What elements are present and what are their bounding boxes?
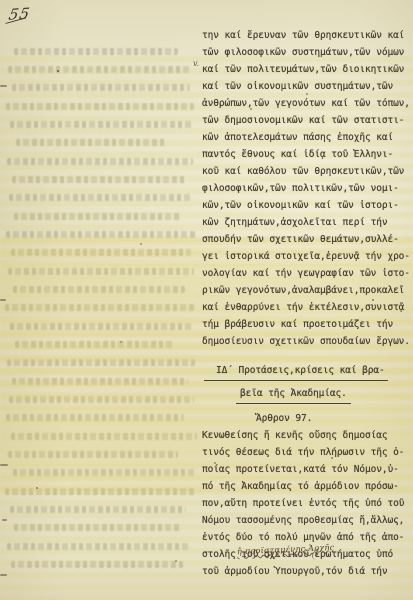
typed-line: καί τῶν οἰκονομικῶν συστημάτων,τῶν <box>202 78 413 95</box>
margin-dash <box>0 299 6 301</box>
margin-dash <box>0 85 7 87</box>
bleed-line <box>5 304 197 311</box>
bleed-line <box>9 194 193 201</box>
bleed-line <box>11 433 197 440</box>
typed-line: Κενωθείσης ἤ κενῆς οὔσης δημοσίας <box>202 427 413 444</box>
section-heading-line: ΙΔ΄ Προτάσεις,κρίσεις καί βρα- <box>204 361 388 381</box>
bleed-line <box>8 268 194 275</box>
typed-line: τοῦ ἁρμοδίου Ὑπουργοῦ,τόν διά τήν <box>202 563 413 580</box>
typed-line: πό τῆς Ἀκαδημίας τό ἁρμόδιον πρόσω- <box>202 478 413 495</box>
typed-line: κῶν ζητημάτων,ἀσχολεῖται περί τήν <box>202 214 413 231</box>
typed-line: γει ἱστορικά στοιχεῖα,ἐρευνᾷ τήν χρο- <box>202 248 413 265</box>
bleed-line <box>8 451 178 458</box>
bleed-line <box>10 121 193 128</box>
paragraph-2: Κενωθείσης ἤ κενῆς οὔσης δημοσίας τινός … <box>202 427 413 580</box>
bleed-line <box>12 176 187 183</box>
bleed-line <box>10 506 186 513</box>
typed-line: πον,αὕτη προτείνει ἐντός τῆς ὑπό τοῦ <box>202 495 413 512</box>
typed-line: φιλοσοφικῶν,τῶν πολιτικῶν,τῶν νομι- <box>202 180 413 197</box>
typed-line: ρικῶν γεγονότων,ἀναλαμβάνει,προκαλεῖ <box>202 282 413 299</box>
bleed-line <box>6 231 196 238</box>
bleed-line <box>7 543 191 550</box>
bleed-line <box>8 66 190 73</box>
margin-dash <box>0 574 7 576</box>
bleed-line <box>12 84 190 91</box>
bleed-line <box>12 378 188 385</box>
bleed-line <box>15 341 175 348</box>
typed-line: Νόμου τασσομένης προθεσμίας ἤ,ἄλλως, <box>202 512 413 529</box>
bleed-line <box>9 396 194 403</box>
handwritten-page-number: 55 <box>7 4 32 23</box>
typed-line: ποίας προτείνεται,κατά τόν Νόμον,ὑ- <box>202 461 413 478</box>
margin-dash <box>2 519 7 521</box>
scanned-document-page: 55 v. την καί ἔρευναν τῶν θρησκευτικῶν κ… <box>0 0 413 600</box>
typed-line: τήμ βράβευσιν καί προετοιμάζει τήν <box>202 316 413 333</box>
paper-specks <box>57 70 59 72</box>
bleed-line <box>13 286 185 293</box>
bleed-line <box>11 249 191 256</box>
typed-line: παντός ἔθνους καί ἰδίᾳ τοῦ Ἑλληνι- <box>202 146 413 163</box>
typed-line: τινός θέσεως διά τήν πλήρωσιν τῆς ὁ- <box>202 444 413 461</box>
typed-line: νολογίαν καί τήν γεωγραφίαν τῶν ἱστο- <box>202 265 413 282</box>
bleed-line <box>14 524 180 531</box>
typed-line: την καί ἔρευναν τῶν θρησκευτικῶν καί <box>202 27 413 44</box>
bleed-line <box>11 561 183 568</box>
bleed-line <box>7 158 193 165</box>
typed-line: καί ἐνθαρρύνει τήν ἐκτέλεσιν,συνιστᾷ <box>202 299 413 316</box>
bleed-line <box>14 213 182 220</box>
article-heading: Ἄρθρον 97. <box>256 410 413 427</box>
bleed-through-text <box>0 0 230 600</box>
bleed-line <box>13 469 195 476</box>
typed-line: δημοσίευσιν σχετικῶν σπουδαίων ἔργων. <box>202 333 413 350</box>
margin-dash <box>0 464 8 466</box>
typed-line: ἀνθρώπων,τῶν γεγονότων καί τῶν τόπων, <box>202 95 413 112</box>
bleed-line <box>6 414 184 421</box>
typed-line: κῶν ἀποτελεσμάτων πάσης ἐποχῆς καί <box>202 129 413 146</box>
typed-line: κῶν,τῶν οἰκονομικῶν καί τῶν ἱστορι- <box>202 197 413 214</box>
section-heading-line: βεῖα τῆς Ἀκαδημίας. <box>236 384 351 404</box>
bleed-line <box>10 323 193 330</box>
bleed-line <box>5 488 195 495</box>
bleed-line <box>16 139 166 146</box>
typed-text-column: την καί ἔρευναν τῶν θρησκευτικῶν καί τῶν… <box>202 27 413 580</box>
typed-line: καί τῶν πολιτευμάτων,τῶν διοικητικῶν <box>202 61 413 78</box>
typed-line: τῶν φιλοσοφικῶν συστημάτων,τῶν νόμων <box>202 44 413 61</box>
bleed-line <box>6 103 194 110</box>
bleed-line <box>7 359 195 366</box>
bleed-line <box>14 48 178 55</box>
section-heading: ΙΔ΄ Προτάσεις,κρίσεις καί βρα- βεῖα τῆς … <box>202 358 413 404</box>
handwritten-check-mark: v. <box>193 59 199 68</box>
typed-line: κοῦ καί καθόλου τῶν θρησκευτικῶν,τῶν <box>202 163 413 180</box>
typed-line: τῶν δημοσιονομικῶν καί τῶν στατιστι- <box>202 112 413 129</box>
typed-line: σπουδήν τῶν σχετικῶν θεμάτων,συλλέ- <box>202 231 413 248</box>
